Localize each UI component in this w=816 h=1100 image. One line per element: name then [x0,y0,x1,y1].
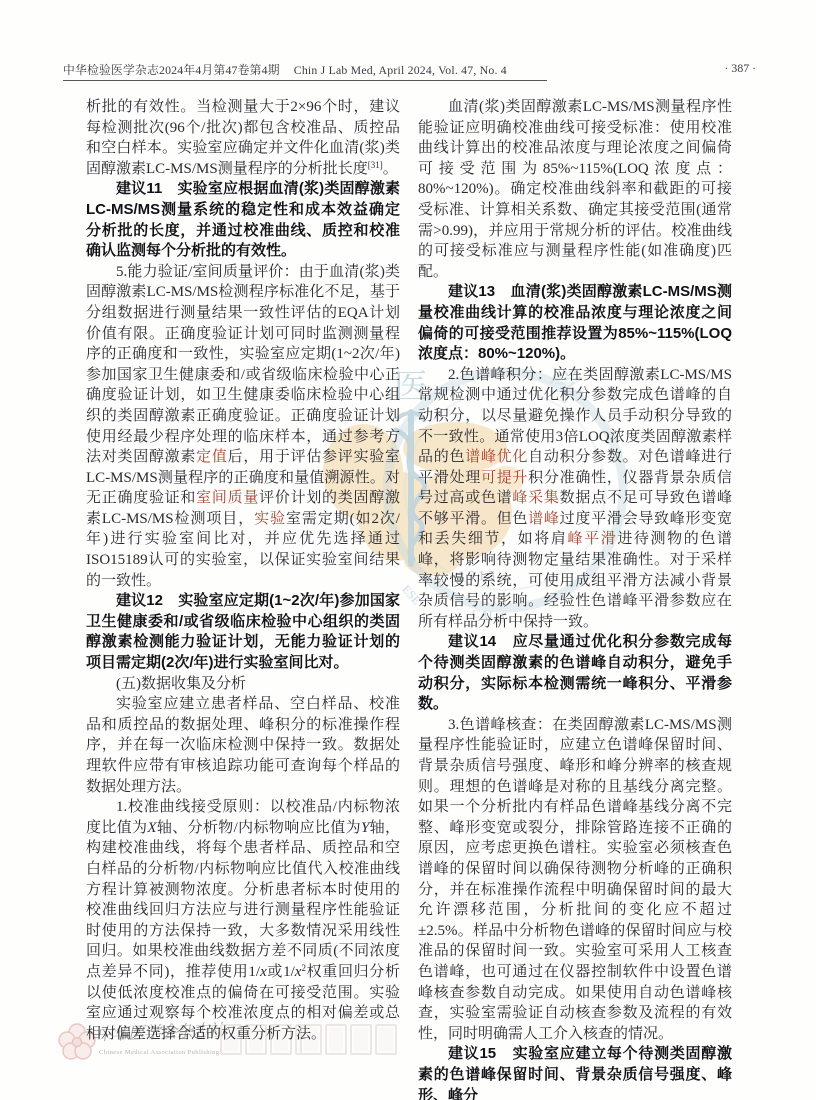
text-run: 建议11 实验室应根据血清(浆)类固醇激素LC-MS/MS测量系统的稳定性和成本… [86,180,400,259]
journal-title-en: Chin J Lab Med, April 2024, Vol. 47, No.… [294,63,507,77]
text-run: 建议12 实验室应定期(1~2次/年)参加国家卫生健康委和/或省级临床检验中心组… [86,592,400,671]
publisher-caption: Chinese Medical Association Publishing H… [99,1049,240,1056]
body-paragraph: 5.能力验证/室间质量评价：由于血清(浆)类固醇激素LC-MS/MS检测程序标准… [86,262,400,592]
journal-page: 医 学 1915 ESE CAL A 中华检验医学杂志2024年4月第47卷第4… [0,0,816,1100]
journal-title-cn: 中华检验医学杂志2024年4月第47卷第4期 [63,63,280,77]
recommendation-paragraph: 建议15 实验室应建立每个待测类固醇激素的色谱峰保留时间、背景杂质信号强度、峰形… [418,1044,732,1100]
body-paragraph: 实验室应建立患者样品、空白样品、校准品和质控品的数据处理、峰积分的标准操作程序，… [86,694,400,797]
left-column: 析批的有效性。当检测量大于2×96个时，建议每检测批次(96个/批次)都包含校准… [86,97,400,1044]
red-tinted-text: 实验 [254,511,286,527]
red-tinted-text: 可提升 [481,470,528,486]
page-number: · 387 · [725,61,756,76]
red-tinted-text: 谱峰优化 [465,449,528,465]
red-tinted-text: 室间质量 [196,490,259,506]
recommendation-paragraph: 建议14 应尽量通过优化积分参数完成每个待测类固醇激素的色谱峰自动积分，避免手动… [418,632,732,714]
red-tinted-text: 谱峰 [528,511,559,527]
text-run: 轴、分析物/内标物响应比值为 [157,820,361,836]
running-head: 中华检验医学杂志2024年4月第47卷第4期Chin J Lab Med, Ap… [63,61,753,78]
text-run: 实验室应建立患者样品、空白样品、校准品和质控品的数据处理、峰积分的标准操作程序，… [86,696,400,794]
text-run: 轴，构建校准曲线，将每个患者样品、质控品和空白样品的分析物/内标物响应比值代入校… [86,820,400,980]
red-tinted-text: 峰平滑 [567,531,617,547]
body-paragraph: 析批的有效性。当检测量大于2×96个时，建议每检测批次(96个/批次)都包含校准… [86,97,400,179]
text-run: X [147,820,156,836]
text-run: 建议15 实验室应建立每个待测类固醇激素的色谱峰保留时间、背景杂质信号强度、峰形… [418,1045,732,1100]
text-run: x [260,964,267,980]
body-paragraph: (五)数据收集及分析 [86,674,400,695]
text-run: 5.能力验证/室间质量评价：由于血清(浆)类固醇激素LC-MS/MS检测程序标准… [86,264,400,465]
body-paragraph: 血清(浆)类固醇激素LC-MS/MS测量程序性能验证应明确校准曲线可接受标准：使… [418,97,732,282]
recommendation-paragraph: 建议11 实验室应根据血清(浆)类固醇激素LC-MS/MS测量系统的稳定性和成本… [86,179,400,261]
text-run: 或1/ [267,964,295,980]
text-run: 3.色谱峰核查：在类固醇激素LC-MS/MS测量程序性能验证时，应建立色谱峰保留… [418,717,732,1042]
recommendation-paragraph: 建议12 实验室应定期(1~2次/年)参加国家卫生健康委和/或省级临床检验中心组… [86,591,400,673]
red-tinted-text: 峰采集 [512,490,559,506]
text-run: 。 [383,161,398,177]
text-run: 血清(浆)类固醇激素LC-MS/MS测量程序性能验证应明确校准曲线可接受标准：使… [418,99,732,280]
text-run: 建议14 应尽量通过优化积分参数完成每个待测类固醇激素的色谱峰自动积分，避免手动… [418,633,732,712]
recommendation-paragraph: 建议13 血清(浆)类固醇激素LC-MS/MS测量校准曲线计算的校准品浓度与理论… [418,282,732,364]
header-rule [63,80,547,81]
red-tinted-text: 定值 [196,449,227,465]
text-run: 建议13 血清(浆)类固醇激素LC-MS/MS测量校准曲线计算的校准品浓度与理论… [418,283,732,362]
superscript: [31] [368,160,383,170]
body-paragraph: 3.色谱峰核查：在类固醇激素LC-MS/MS测量程序性能验证时，应建立色谱峰保留… [418,715,732,1045]
text-run: (五)数据收集及分析 [116,676,246,692]
text-run: 析批的有效性。当检测量大于2×96个时，建议每检测批次(96个/批次)都包含校准… [86,99,400,177]
body-paragraph: 2.色谱峰积分：应在类固醇激素LC-MS/MS常规检测中通过优化积分参数完成色谱… [418,365,732,633]
body-paragraph: 1.校准曲线接受原则：以校准品/内标物浓度比值为X轴、分析物/内标物响应比值为Y… [86,797,400,1044]
right-column: 血清(浆)类固醇激素LC-MS/MS测量程序性能验证应明确校准曲线可接受标准：使… [418,97,732,1100]
